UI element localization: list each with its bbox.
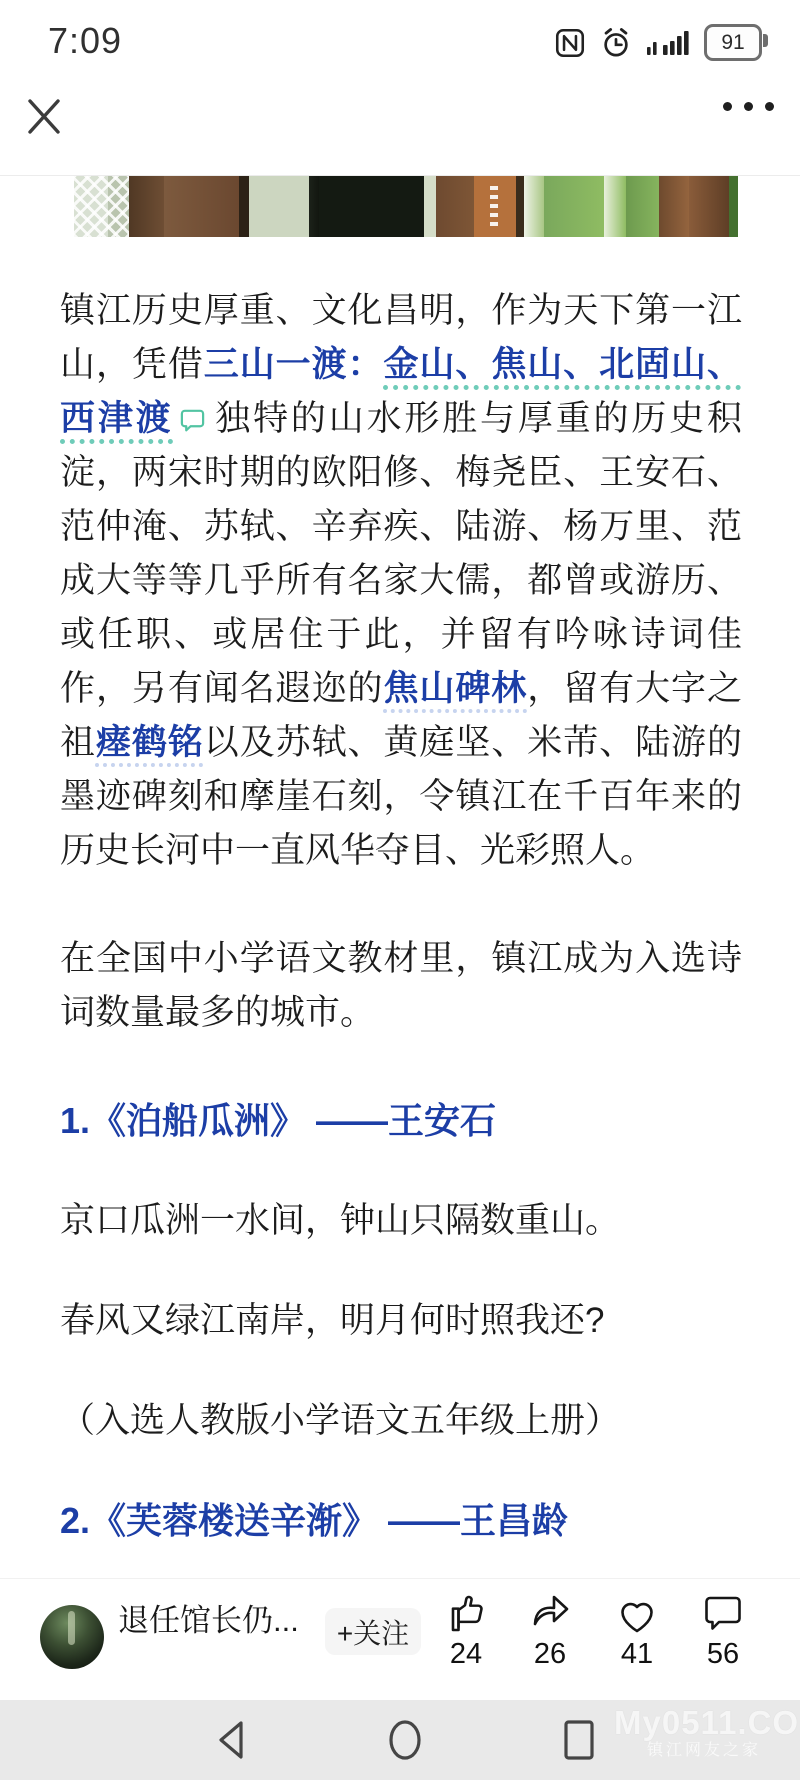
poem-heading-2: 2.《芙蓉楼送辛渐》 ——王昌龄 [60,1494,742,1548]
link-jiaoshan-beilin[interactable]: 焦山碑林 [383,669,527,708]
alarm-clock-icon [598,25,634,61]
heart-icon [601,1592,673,1636]
more-dot-icon [765,102,774,111]
article-body: 镇江历史厚重、文化昌明，作为天下第一江山，凭借三山一渡：金山、焦山、北固山、西津… [60,284,742,1594]
close-button[interactable] [24,96,64,136]
nav-back-button[interactable] [213,1717,251,1763]
favorite-button[interactable]: 41 [601,1592,673,1671]
annotation-bubble-icon[interactable] [179,406,206,433]
status-time: 7:09 [48,20,122,62]
article-image[interactable] [74,176,738,237]
like-count: 24 [430,1638,502,1671]
nav-home-button[interactable] [386,1717,424,1763]
status-icons: 91 [553,24,762,61]
link-sanshan-yidu[interactable]: 三山一渡： [204,345,384,384]
share-button[interactable]: 26 [514,1592,586,1671]
bottom-action-bar: 退任馆长仍... +关注 24 26 41 56 [0,1578,800,1700]
follow-button[interactable]: +关注 [325,1608,421,1655]
share-arrow-icon [514,1592,586,1636]
poem1-line-2: 春风又绿江南岸，明月何时照我还? [60,1294,742,1348]
nfc-icon [553,26,587,60]
p1-text-2: 独特的山水形胜与厚重的历史积淀，两宋时期的欧阳修、梅尧臣、王安石、范仲淹、苏轼、… [60,399,742,708]
poem1-line-1: 京口瓜洲一水间，钟山只隔数重山。 [60,1194,742,1248]
more-options-button[interactable] [723,102,774,111]
watermark-logo-text: My0511.COM [614,1706,794,1741]
android-nav-bar: My0511.COM 镇江网友之家 [0,1700,800,1780]
signal-strength-icon [645,28,693,58]
site-watermark: My0511.COM 镇江网友之家 [614,1706,794,1759]
battery-percent: 91 [721,31,744,55]
share-count: 26 [514,1638,586,1671]
nav-recents-button[interactable] [560,1717,598,1763]
status-bar: 7:09 91 [0,0,800,80]
favorite-count: 41 [601,1638,673,1671]
article-paragraph-1: 镇江历史厚重、文化昌明，作为天下第一江山，凭借三山一渡：金山、焦山、北固山、西津… [60,284,742,878]
link-yiheming[interactable]: 瘗鹤铭 [96,723,204,762]
comment-bubble-icon [687,1592,759,1636]
comment-button[interactable]: 56 [687,1592,759,1671]
author-name[interactable]: 退任馆长仍... [118,1599,303,1643]
more-dot-icon [744,102,753,111]
battery-icon: 91 [704,24,762,61]
article-paragraph-2: 在全国中小学语文教材里，镇江成为入选诗词数量最多的城市。 [60,932,742,1040]
thumbs-up-icon [430,1592,502,1636]
article-header [0,80,800,175]
poem-heading-1: 1.《泊船瓜洲》 ——王安石 [60,1094,742,1148]
poem1-note: （入选人教版小学语文五年级上册） [60,1394,742,1448]
more-dot-icon [723,102,732,111]
like-button[interactable]: 24 [430,1592,502,1671]
author-avatar[interactable] [40,1605,104,1669]
comment-count: 56 [687,1638,759,1671]
watermark-slogan-text: 镇江网友之家 [614,1743,794,1760]
